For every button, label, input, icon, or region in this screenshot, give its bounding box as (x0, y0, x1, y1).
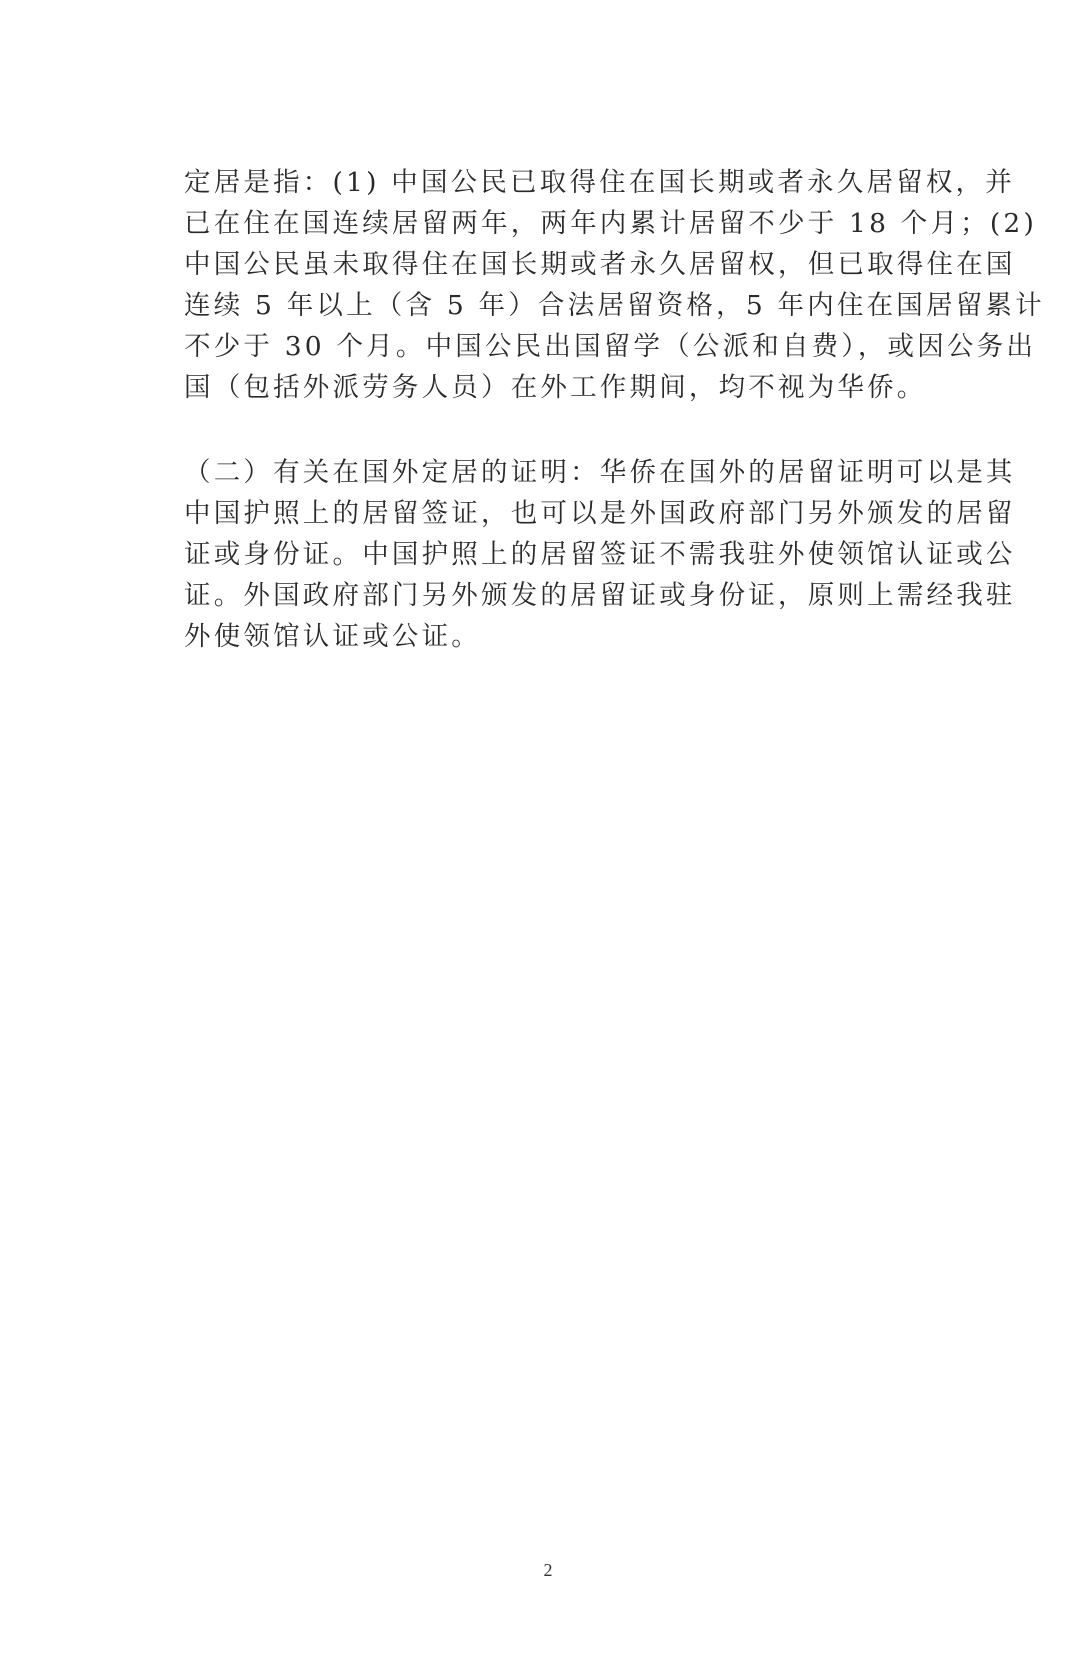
text-line: 中国护照上的居留签证，也可以是外国政府部门另外颁发的居留 (184, 493, 974, 534)
text-line: 定居是指：(1) 中国公民已取得住在国长期或者永久居留权，并 (184, 162, 974, 203)
page-number: 2 (0, 1560, 1080, 1581)
text-line: 证。外国政府部门另外颁发的居留证或身份证，原则上需经我驻 (184, 575, 974, 616)
text-line: 国（包括外派劳务人员）在外工作期间，均不视为华侨。 (184, 367, 974, 408)
text-line: （二）有关在国外定居的证明：华侨在国外的居留证明可以是其 (184, 452, 974, 493)
paragraph-proof-of-settlement: （二）有关在国外定居的证明：华侨在国外的居留证明可以是其 中国护照上的居留签证，… (184, 452, 974, 657)
paragraph-definition-of-settlement: 定居是指：(1) 中国公民已取得住在国长期或者永久居留权，并 已在住在国连续居留… (184, 162, 974, 408)
text-line: 中国公民虽未取得住在国长期或者永久居留权，但已取得住在国 (184, 244, 974, 285)
text-line: 证或身份证。中国护照上的居留签证不需我驻外使领馆认证或公 (184, 534, 974, 575)
document-page: 定居是指：(1) 中国公民已取得住在国长期或者永久居留权，并 已在住在国连续居留… (0, 0, 1080, 1672)
text-line: 不少于 30 个月。中国公民出国留学（公派和自费），或因公务出 (184, 326, 974, 367)
text-line: 连续 5 年以上（含 5 年）合法居留资格，5 年内住在国居留累计 (184, 285, 974, 326)
text-line: 外使领馆认证或公证。 (184, 616, 974, 657)
text-line: 已在住在国连续居留两年，两年内累计居留不少于 18 个月；(2) (184, 203, 974, 244)
